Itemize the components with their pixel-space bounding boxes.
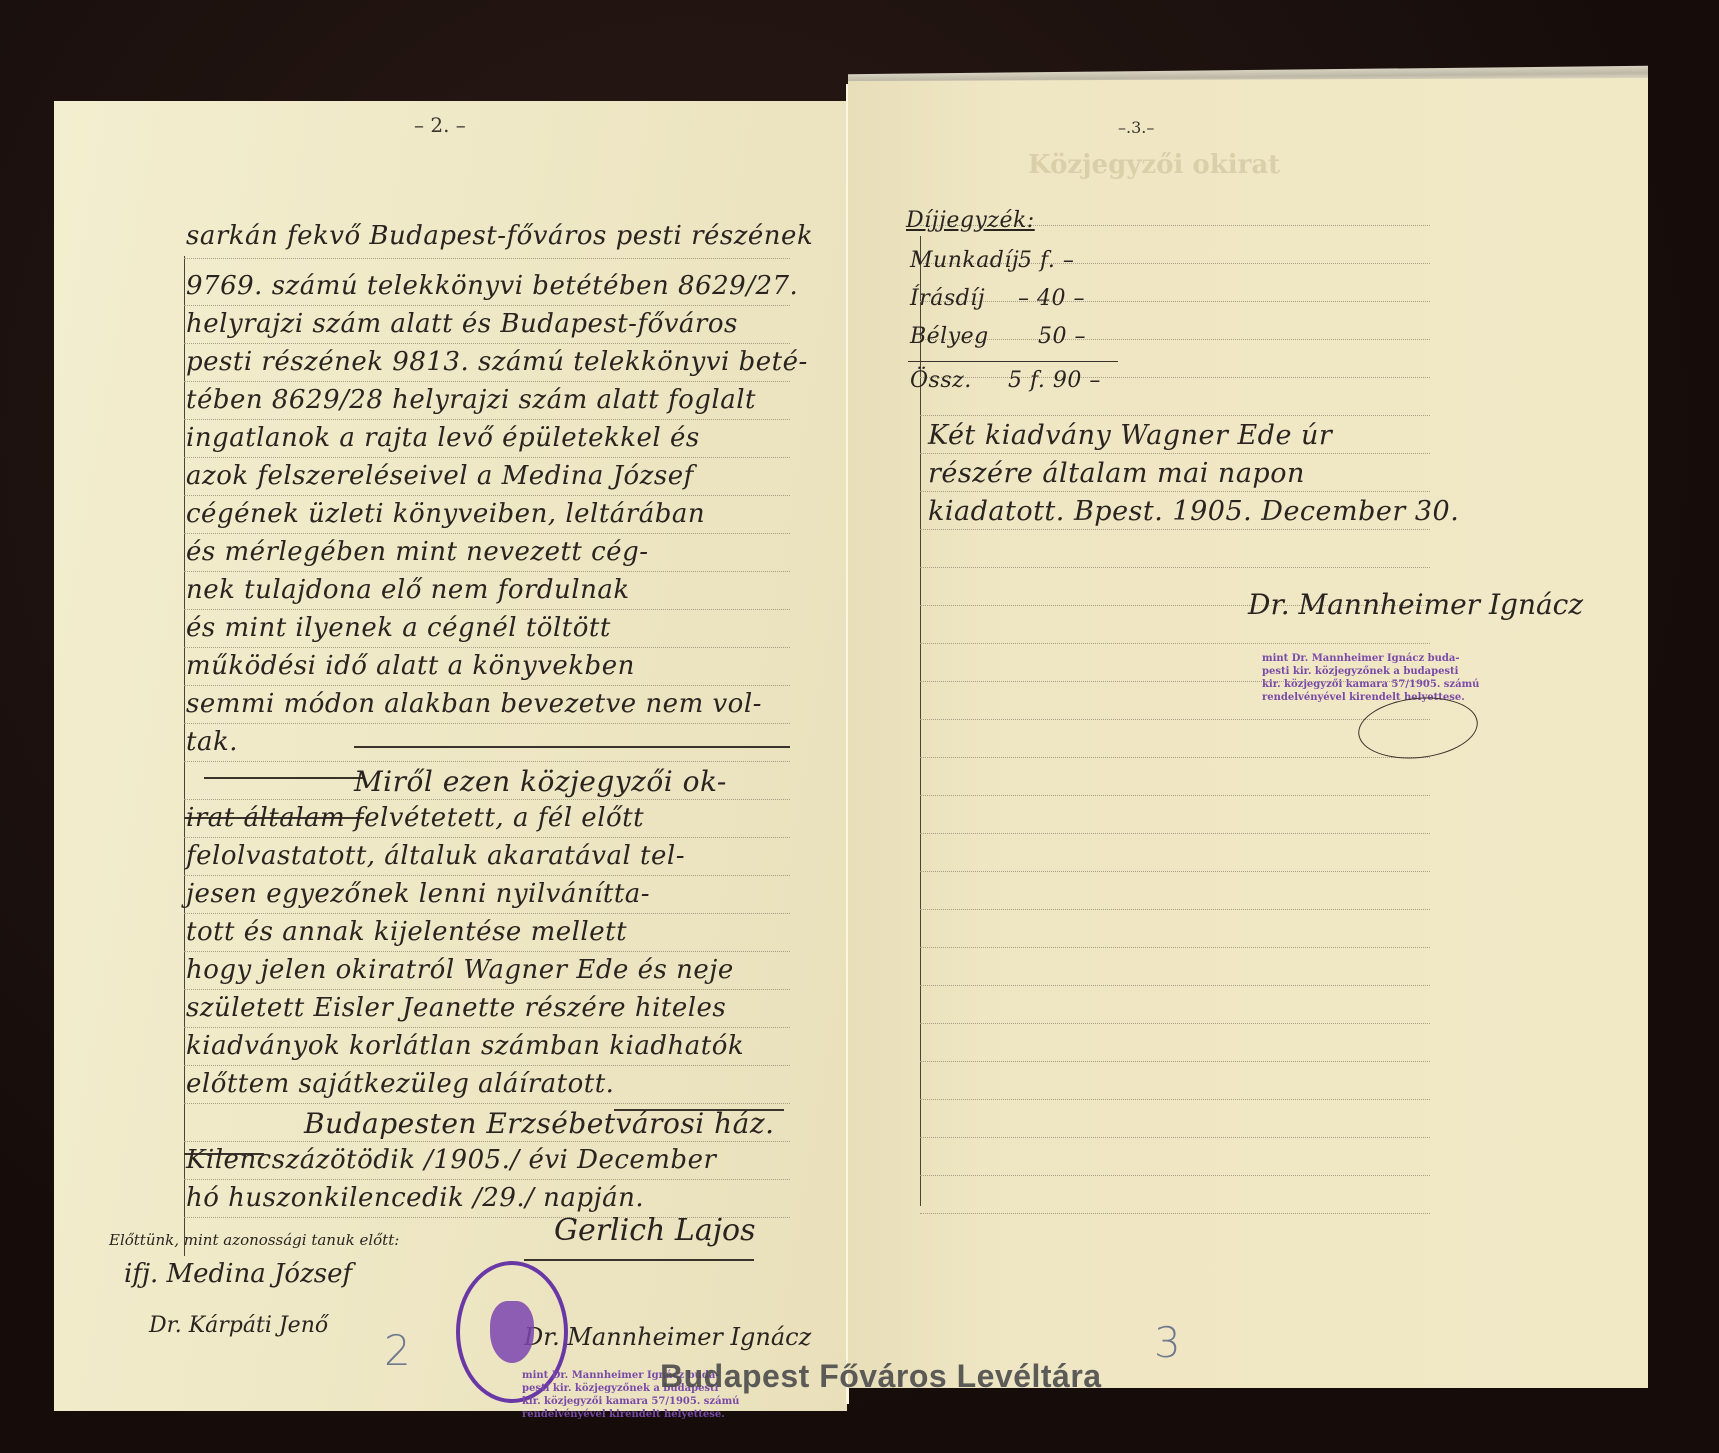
handwritten-line: született Eisler Jeanette részére hitele… — [186, 993, 726, 1023]
ruled-line — [184, 609, 790, 610]
handwritten-line: nek tulajdona elő nem fordulnak — [186, 575, 630, 605]
handwritten-line: helyrajzi szám alatt és Budapest-főváros — [186, 309, 738, 339]
fee-total-amount: 5 f. 90 – — [1008, 368, 1101, 393]
ruled-line — [184, 989, 790, 990]
right-page: –.3.– Közjegyzői okirat Díjjegyzék: Munk… — [848, 78, 1648, 1388]
margin-line — [184, 256, 185, 1256]
ruled-line — [920, 339, 1430, 340]
ruled-line — [920, 833, 1430, 834]
witness-note: Előttünk, mint azonossági tanuk előtt: — [109, 1231, 399, 1249]
notary-stamp-line: rendelvényével kirendelt helyettese. — [522, 1408, 725, 1421]
bleed-through-title: Közjegyzői okirat — [1028, 150, 1280, 180]
ruled-line — [920, 491, 1430, 492]
ruled-line — [184, 533, 790, 534]
ruled-line — [920, 719, 1430, 720]
ruled-line — [184, 837, 790, 838]
ruled-line — [184, 1103, 790, 1104]
handwritten-line: semmi módon alakban bevezetve nem vol- — [186, 689, 762, 719]
ruled-line — [184, 571, 790, 572]
ruled-line — [920, 529, 1430, 530]
ruled-line — [184, 1027, 790, 1028]
ruled-line — [184, 685, 790, 686]
ruled-line — [184, 799, 790, 800]
handwritten-line: pesti részének 9813. számú telekkönyvi b… — [186, 347, 808, 377]
ruled-line — [920, 301, 1430, 302]
signature-witness-2: Dr. Kárpáti Jenő — [149, 1313, 328, 1338]
ruled-line — [920, 1137, 1430, 1138]
ruled-line — [920, 985, 1430, 986]
ruled-line — [184, 913, 790, 914]
left-page: – 2. – sarkán fekvő Budapest-főváros pes… — [54, 101, 847, 1411]
handwritten-line: cégének üzleti könyveiben, leltárában — [186, 499, 705, 529]
ruled-line — [920, 1099, 1430, 1100]
page-header-3: –.3.– — [1118, 118, 1154, 137]
handwritten-line: Kilencszázötödik /1905./ évi December — [186, 1145, 716, 1175]
handwritten-line: jesen egyezőnek lenni nyilvánítta- — [186, 879, 650, 909]
handwritten-line: tott és annak kijelentése mellett — [186, 917, 627, 947]
notary-stamp-line: pesti kir. közjegyzőnek a budapesti — [1262, 665, 1458, 678]
notary-stamp-line: mint Dr. Mannheimer Ignácz buda- — [1262, 652, 1460, 665]
signature-notary: Dr. Mannheimer Ignácz — [1248, 588, 1583, 621]
handwritten-line: sarkán fekvő Budapest-főváros pesti rész… — [186, 221, 813, 251]
handwritten-line: hogy jelen okiratról Wagner Ede és neje — [186, 955, 734, 985]
signature-main: Gerlich Lajos — [554, 1213, 755, 1248]
fees-heading: Díjjegyzék: — [906, 208, 1035, 233]
handwritten-line: előttem sajátkezüleg aláíratott. — [186, 1069, 614, 1099]
ruled-line — [920, 1213, 1430, 1214]
handwritten-line: kiadványok korlátlan számban kiadhatók — [186, 1031, 744, 1061]
ruled-line — [184, 875, 790, 876]
pencil-page-number: 2 — [384, 1326, 411, 1375]
signature-underline — [524, 1259, 754, 1261]
notary-stamp-line: kir. közjegyzői kamara 57/1905. számú — [1262, 678, 1479, 691]
issuance-line: Két kiadvány Wagner Ede úr — [928, 420, 1332, 451]
ruled-line — [184, 761, 790, 762]
fee-total-label: Össz. — [910, 368, 972, 393]
fee-total-rule — [908, 361, 1118, 362]
ruled-line — [184, 495, 790, 496]
handwritten-line: Budapesten Erzsébetvárosi ház. — [304, 1107, 774, 1140]
fill-dash — [204, 777, 364, 779]
handwritten-line: irat általam felvétetett, a fél előtt — [186, 803, 644, 833]
fill-dash — [354, 746, 790, 748]
ruled-line — [184, 419, 790, 420]
page-header-2: – 2. – — [414, 113, 466, 137]
handwritten-line: hó huszonkilencedik /29./ napján. — [186, 1183, 644, 1213]
ruled-line — [184, 258, 790, 259]
handwritten-line: azok felszereléseivel a Medina József — [186, 461, 694, 491]
ruled-line — [920, 415, 1430, 416]
ruled-line — [184, 1179, 790, 1180]
ruled-line — [920, 947, 1430, 948]
ruled-line — [920, 1175, 1430, 1176]
fee-label: Munkadíj — [910, 248, 1019, 273]
handwritten-line: Miről ezen közjegyzői ok- — [354, 765, 727, 798]
ruled-line — [920, 909, 1430, 910]
ruled-line — [184, 951, 790, 952]
ruled-line — [184, 343, 790, 344]
handwritten-line: és mint ilyenek a cégnél töltött — [186, 613, 611, 643]
ruled-line — [184, 723, 790, 724]
ruled-line — [920, 795, 1430, 796]
coat-of-arms-icon — [490, 1301, 534, 1363]
handwritten-line: felolvastatott, általuk akaratával tel- — [186, 841, 685, 871]
signature-witness-1: ifj. Medina József — [124, 1259, 352, 1289]
fee-label: Bélyeg — [910, 324, 989, 349]
ruled-line — [920, 643, 1430, 644]
ruled-line — [184, 1065, 790, 1066]
fee-label: Írásdíj — [910, 286, 985, 311]
fee-amount: 50 – — [1038, 324, 1086, 349]
ruled-line — [920, 567, 1430, 568]
issuance-line: részére általam mai napon — [928, 458, 1305, 489]
ruled-line — [920, 453, 1430, 454]
issuance-line: kiadatott. Bpest. 1905. December 30. — [928, 496, 1459, 527]
ruled-line — [920, 1023, 1430, 1024]
ruled-line — [184, 381, 790, 382]
fee-amount: – 40 – — [1018, 286, 1085, 311]
handwritten-line: működési idő alatt a könyvekben — [186, 651, 635, 681]
handwritten-line: tak. — [186, 727, 238, 757]
pencil-page-number: 3 — [1154, 1318, 1181, 1367]
archive-watermark: Budapest Főváros Levéltára — [660, 1358, 1102, 1395]
notary-stamp-line: kir. közjegyzői kamara 57/1905. számú — [522, 1395, 739, 1408]
ruled-line — [920, 1061, 1430, 1062]
ruled-line — [184, 457, 790, 458]
ruled-line — [184, 305, 790, 306]
ruled-line — [920, 377, 1430, 378]
handwritten-line: tében 8629/28 helyrajzi szám alatt fogla… — [186, 385, 756, 415]
ruled-line — [920, 757, 1430, 758]
fee-amount: 5 f. – — [1018, 248, 1074, 273]
handwritten-line: ingatlanok a rajta levő épületekkel és — [186, 423, 700, 453]
ruled-line — [184, 1141, 790, 1142]
ruled-line — [920, 871, 1430, 872]
ruled-line — [184, 647, 790, 648]
handwritten-line: és mérlegében mint nevezett cég- — [186, 537, 649, 567]
handwritten-line: 9769. számú telekkönyvi betétében 8629/2… — [186, 271, 798, 301]
